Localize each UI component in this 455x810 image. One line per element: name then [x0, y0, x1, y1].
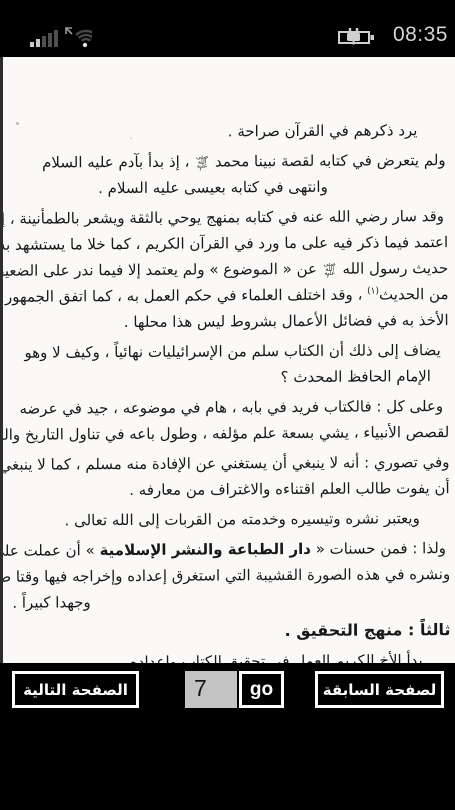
- paragraph: ولذا : فمن حسنات « دار الطباعة والنشر ال…: [12, 535, 450, 616]
- paragraph: ويعتبر نشره وتيسيره وخدمته من القربات إل…: [12, 505, 450, 534]
- scan-text-line: يضاف إلى ذلك أن الكتاب سلم من الإسرائيلي…: [11, 337, 449, 366]
- paragraph: يرد ذكرهم في القرآن صراحة .: [9, 117, 447, 146]
- scan-text-line: ويعتبر نشره وتيسيره وخدمته من القربات إل…: [12, 505, 450, 534]
- footnote-marker: (١): [367, 286, 379, 296]
- scan-text-line: لقصص الأنبياء ، يشي بسعة علم مؤلفه ، وطو…: [11, 419, 449, 448]
- paragraph: وعلى كل : فالكتاب فريد في بابه ، هام في …: [11, 393, 449, 448]
- page-number-input[interactable]: [185, 671, 237, 708]
- status-bar: 08:35: [0, 0, 455, 57]
- next-page-button[interactable]: الصفحة التالية: [12, 671, 139, 708]
- scan-text-line: حديث رسول الله صلى الله عليه وسلم عن « ا…: [10, 255, 448, 284]
- document-viewer[interactable]: يرد ذكرهم في القرآن صراحة .ولم يتعرض في …: [0, 57, 455, 663]
- scan-text-line: الإمام الحافظ المحدث ؟: [11, 363, 449, 392]
- scan-text-line: ولذا : فمن حسنات « دار الطباعة والنشر ال…: [12, 535, 450, 564]
- paragraph: وقد سار رضي الله عنه في كتابه بمنهج يوحي…: [10, 203, 449, 336]
- section-heading: ثالثاً : منهج التحقيق .: [12, 617, 450, 646]
- scan-text-line: ونشره في هذه الصورة القشيبة التي استغرق …: [12, 561, 450, 590]
- saw-ligature: صلى الله عليه وسلم: [322, 263, 338, 278]
- scan-text-line: من الحديث(١) ، وقد اختلف العلماء في حكم …: [10, 281, 448, 310]
- paragraph: وفي تصوري : أنه لا ينبغي أن يستغني عن ال…: [11, 449, 449, 504]
- paragraph: يضاف إلى ذلك أن الكتاب سلم من الإسرائيلي…: [11, 337, 449, 392]
- wifi-icon: [62, 25, 92, 49]
- scan-text-line: وجهدا كبيراً .: [12, 587, 450, 616]
- battery-charging-icon: [337, 28, 377, 46]
- clipped-bottom-line: بدأ الأخ الكريم العمل في تحقيق الكتاب وإ…: [13, 647, 451, 663]
- pager-bar: الصفحة التالية go لصفحة السابقة: [0, 663, 455, 810]
- scan-text-line: وعلى كل : فالكتاب فريد في بابه ، هام في …: [11, 393, 449, 422]
- scan-text-line: أن يفوت طالب العلم اقتناءه والاغتراف من …: [12, 475, 450, 504]
- body-paragraphs: يرد ذكرهم في القرآن صراحة .ولم يتعرض في …: [9, 117, 450, 616]
- previous-page-button[interactable]: لصفحة السابقة: [315, 671, 444, 708]
- scan-text-line: يرد ذكرهم في القرآن صراحة .: [9, 117, 447, 146]
- scan-text-line: وانتهى في كتابه بعيسى عليه السلام .: [10, 173, 448, 202]
- scan-text-line: وفي تصوري : أنه لا ينبغي أن يستغني عن ال…: [11, 449, 449, 478]
- scan-text-line: ولم يتعرض في كتابه لقصة نبينا محمد صلى ا…: [10, 147, 448, 176]
- cellular-signal-icon: [30, 29, 58, 47]
- scan-text-line: الأخذ به في فضائل الأعمال بشروط ليس هذا …: [11, 307, 449, 336]
- scan-text-line: وقد سار رضي الله عنه في كتابه بمنهج يوحي…: [10, 203, 448, 232]
- clock-text: 08:35: [393, 23, 448, 47]
- scan-text-line: اعتمد فيما ذكر فيه على ما ورد في القرآن …: [10, 229, 448, 258]
- paragraph: ولم يتعرض في كتابه لقصة نبينا محمد صلى ا…: [10, 147, 448, 202]
- scanned-text-block: يرد ذكرهم في القرآن صراحة .ولم يتعرض في …: [3, 57, 455, 663]
- go-button[interactable]: go: [239, 671, 284, 708]
- saw-ligature: صلى الله عليه وسلم: [194, 155, 210, 170]
